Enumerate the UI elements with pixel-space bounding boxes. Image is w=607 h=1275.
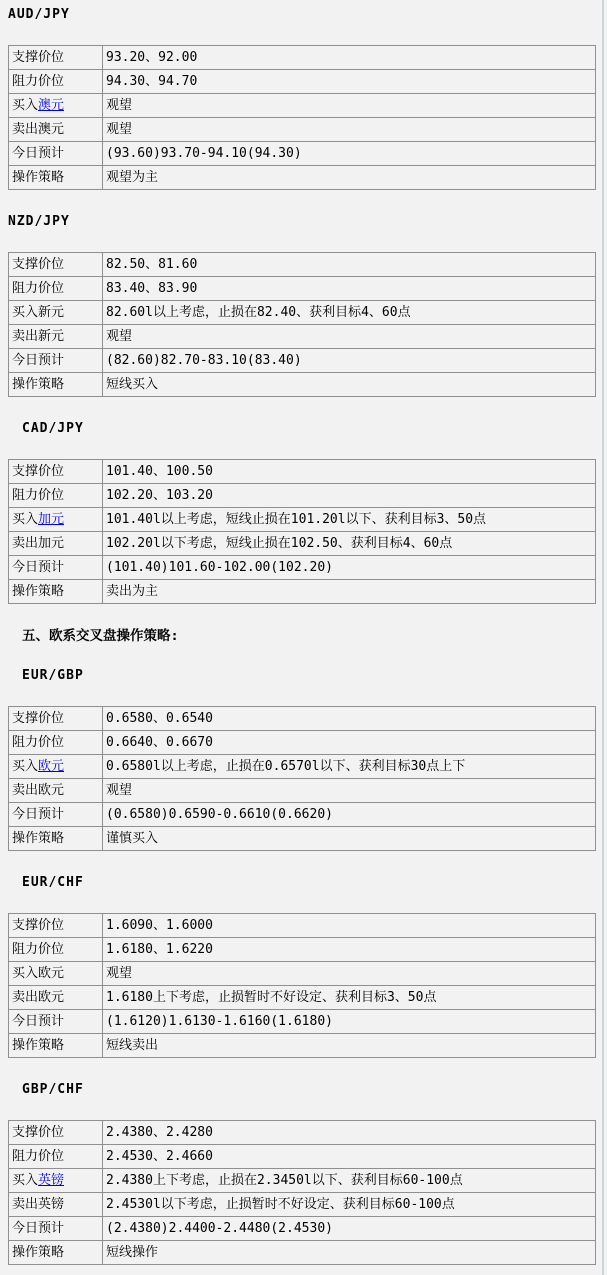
pair-heading: EUR/CHF	[8, 875, 596, 891]
table-row: 阻力价位 102.20、103.20	[9, 484, 596, 508]
row-label-text: 操作策略	[12, 1245, 64, 1260]
row-label: 卖出欧元	[9, 779, 103, 803]
row-value-text: 1.6180上下考虑，止损暂时不好设定、获利目标3、50点	[106, 990, 436, 1005]
row-label-text: 操作策略	[12, 1038, 64, 1053]
table-row: 卖出欧元 1.6180上下考虑，止损暂时不好设定、获利目标3、50点	[9, 986, 596, 1010]
row-label-text: 支撑价位	[12, 464, 64, 479]
row-label-text: 今日预计	[12, 1221, 64, 1236]
row-value: 1.6180、1.6220	[103, 938, 596, 962]
row-label-text: 买入	[12, 1173, 38, 1188]
row-value: 83.40、83.90	[103, 277, 596, 301]
row-label: 操作策略	[9, 166, 103, 190]
row-value: (93.60)93.70-94.10(94.30)	[103, 142, 596, 166]
row-value: 1.6090、1.6000	[103, 914, 596, 938]
row-value: 观望	[103, 779, 596, 803]
table-row: 操作策略 短线操作	[9, 1241, 596, 1265]
row-value: 102.20l以下考虑，短线止损在102.50、获利目标4、60点	[103, 532, 596, 556]
row-value: 2.4380上下考虑，止损在2.3450l以下、获利目标60-100点	[103, 1169, 596, 1193]
row-value-text: (93.60)93.70-94.10(94.30)	[106, 146, 302, 161]
row-label-text: 卖出欧元	[12, 990, 64, 1005]
row-value: 101.40、100.50	[103, 460, 596, 484]
row-value-text: (82.60)82.70-83.10(83.40)	[106, 353, 302, 368]
row-label-text: 操作策略	[12, 584, 64, 599]
table-row: 支撑价位 0.6580、0.6540	[9, 707, 596, 731]
row-value-text: 卖出为主	[106, 584, 158, 599]
row-label-text: 今日预计	[12, 560, 64, 575]
row-label: 买入欧元	[9, 962, 103, 986]
row-label: 买入英镑	[9, 1169, 103, 1193]
row-label-text: 支撑价位	[12, 257, 64, 272]
row-value: 观望	[103, 325, 596, 349]
strategy-table: 支撑价位 93.20、92.00 阻力价位 94.30、94.70 买入澳元 观…	[8, 45, 596, 190]
row-label: 阻力价位	[9, 484, 103, 508]
row-label-text: 买入欧元	[12, 966, 64, 981]
row-label-text: 操作策略	[12, 377, 64, 392]
row-value: (101.40)101.60-102.00(102.20)	[103, 556, 596, 580]
row-value: 短线卖出	[103, 1034, 596, 1058]
row-label: 卖出英镑	[9, 1193, 103, 1217]
table-row: 今日预计 (0.6580)0.6590-0.6610(0.6620)	[9, 803, 596, 827]
row-value: 0.6580、0.6540	[103, 707, 596, 731]
row-label-text: 阻力价位	[12, 488, 64, 503]
row-value: 观望	[103, 118, 596, 142]
table-row: 今日预计 (1.6120)1.6130-1.6160(1.6180)	[9, 1010, 596, 1034]
strategy-table: 支撑价位 101.40、100.50 阻力价位 102.20、103.20 买入…	[8, 459, 596, 604]
row-value-text: 102.20l以下考虑，短线止损在102.50、获利目标4、60点	[106, 536, 452, 551]
row-value: 观望	[103, 962, 596, 986]
row-label: 买入加元	[9, 508, 103, 532]
row-label-text: 买入	[12, 759, 38, 774]
pair-heading-text: NZD/JPY	[8, 214, 70, 229]
table-row: 买入加元 101.40l以上考虑，短线止损在101.20l以下、获利目标3、50…	[9, 508, 596, 532]
row-label: 阻力价位	[9, 731, 103, 755]
table-row: 买入欧元 观望	[9, 962, 596, 986]
row-label: 今日预计	[9, 803, 103, 827]
row-value-text: 观望	[106, 98, 132, 113]
table-row: 操作策略 短线卖出	[9, 1034, 596, 1058]
row-value-text: 2.4380上下考虑，止损在2.3450l以下、获利目标60-100点	[106, 1173, 463, 1188]
row-value-text: 1.6180、1.6220	[106, 942, 213, 957]
pair-heading-text: CAD/JPY	[22, 421, 84, 436]
page: AUD/JPY 支撑价位 93.20、92.00 阻力价位 94.30、94.7…	[0, 0, 607, 1275]
table-row: 卖出欧元 观望	[9, 779, 596, 803]
row-label-text: 阻力价位	[12, 1149, 64, 1164]
pair-heading: NZD/JPY	[8, 214, 596, 230]
row-label: 今日预计	[9, 349, 103, 373]
row-label-text: 今日预计	[12, 1014, 64, 1029]
table-row: 阻力价位 83.40、83.90	[9, 277, 596, 301]
row-value: 短线买入	[103, 373, 596, 397]
row-value-text: (1.6120)1.6130-1.6160(1.6180)	[106, 1014, 333, 1029]
row-label: 卖出欧元	[9, 986, 103, 1010]
row-label: 操作策略	[9, 1034, 103, 1058]
table-row: 支撑价位 101.40、100.50	[9, 460, 596, 484]
table-row: 买入英镑 2.4380上下考虑，止损在2.3450l以下、获利目标60-100点	[9, 1169, 596, 1193]
row-value: 观望为主	[103, 166, 596, 190]
strategy-table: 支撑价位 82.50、81.60 阻力价位 83.40、83.90 买入新元 8…	[8, 252, 596, 397]
row-label-text: 阻力价位	[12, 735, 64, 750]
table-row: 今日预计 (82.60)82.70-83.10(83.40)	[9, 349, 596, 373]
row-label: 支撑价位	[9, 707, 103, 731]
row-label: 操作策略	[9, 373, 103, 397]
table-row: 操作策略 短线买入	[9, 373, 596, 397]
pair-heading-text: GBP/CHF	[22, 1082, 84, 1097]
row-label: 买入欧元	[9, 755, 103, 779]
row-label-text: 今日预计	[12, 146, 64, 161]
row-value-text: (2.4380)2.4400-2.4480(2.4530)	[106, 1221, 333, 1236]
row-value-text: (101.40)101.60-102.00(102.20)	[106, 560, 333, 575]
row-value-text: 83.40、83.90	[106, 281, 197, 296]
row-value: 1.6180上下考虑，止损暂时不好设定、获利目标3、50点	[103, 986, 596, 1010]
row-value-text: 短线卖出	[106, 1038, 158, 1053]
table-row: 今日预计 (101.40)101.60-102.00(102.20)	[9, 556, 596, 580]
row-value: 102.20、103.20	[103, 484, 596, 508]
row-value: 2.4380、2.4280	[103, 1121, 596, 1145]
row-value-text: 0.6580l以上考虑，止损在0.6570l以下、获利目标30点上下	[106, 759, 465, 774]
row-value-text: 谨慎买入	[106, 831, 158, 846]
row-label-text: 操作策略	[12, 831, 64, 846]
row-value: 卖出为主	[103, 580, 596, 604]
row-value-text: 短线买入	[106, 377, 158, 392]
row-value-text: 82.60l以上考虑，止损在82.40、获利目标4、60点	[106, 305, 411, 320]
row-label: 卖出加元	[9, 532, 103, 556]
row-value-text: 0.6580、0.6540	[106, 711, 213, 726]
row-value-text: 82.50、81.60	[106, 257, 197, 272]
row-value-text: 观望	[106, 966, 132, 981]
table-row: 买入欧元 0.6580l以上考虑，止损在0.6570l以下、获利目标30点上下	[9, 755, 596, 779]
row-label-text: 今日预计	[12, 353, 64, 368]
row-label-text: 支撑价位	[12, 50, 64, 65]
table-row: 买入新元 82.60l以上考虑，止损在82.40、获利目标4、60点	[9, 301, 596, 325]
row-value: 93.20、92.00	[103, 46, 596, 70]
row-label: 今日预计	[9, 1010, 103, 1034]
currency-link[interactable]: 英镑	[38, 1173, 64, 1188]
page-right-edge-line	[602, 0, 604, 1275]
pair-heading: GBP/CHF	[8, 1082, 596, 1098]
table-row: 阻力价位 94.30、94.70	[9, 70, 596, 94]
row-value: 0.6580l以上考虑，止损在0.6570l以下、获利目标30点上下	[103, 755, 596, 779]
row-label: 阻力价位	[9, 1145, 103, 1169]
row-value: (1.6120)1.6130-1.6160(1.6180)	[103, 1010, 596, 1034]
row-label: 支撑价位	[9, 46, 103, 70]
row-label: 支撑价位	[9, 253, 103, 277]
table-row: 买入澳元 观望	[9, 94, 596, 118]
row-value: (2.4380)2.4400-2.4480(2.4530)	[103, 1217, 596, 1241]
row-label: 今日预计	[9, 1217, 103, 1241]
row-value: 0.6640、0.6670	[103, 731, 596, 755]
row-value: 2.4530、2.4660	[103, 1145, 596, 1169]
row-label-text: 卖出欧元	[12, 783, 64, 798]
row-value: 谨慎买入	[103, 827, 596, 851]
row-value-text: 观望	[106, 783, 132, 798]
row-label-text: 支撑价位	[12, 918, 64, 933]
strategy-table: 支撑价位 1.6090、1.6000 阻力价位 1.6180、1.6220 买入…	[8, 913, 596, 1058]
row-value-text: 观望	[106, 122, 132, 137]
row-value-text: 短线操作	[106, 1245, 158, 1260]
strategy-table: 支撑价位 2.4380、2.4280 阻力价位 2.4530、2.4660 买入…	[8, 1120, 596, 1265]
row-label-text: 卖出加元	[12, 536, 64, 551]
table-row: 支撑价位 82.50、81.60	[9, 253, 596, 277]
row-label: 阻力价位	[9, 277, 103, 301]
pair-heading-text: EUR/GBP	[22, 668, 84, 683]
row-value: 短线操作	[103, 1241, 596, 1265]
table-row: 今日预计 (93.60)93.70-94.10(94.30)	[9, 142, 596, 166]
currency-link[interactable]: 加元	[38, 512, 64, 527]
row-value-text: 2.4530、2.4660	[106, 1149, 213, 1164]
row-value: (82.60)82.70-83.10(83.40)	[103, 349, 596, 373]
row-label-text: 支撑价位	[12, 711, 64, 726]
pair-heading: CAD/JPY	[8, 421, 596, 437]
row-label-text: 卖出新元	[12, 329, 64, 344]
row-label-text: 买入	[12, 98, 38, 113]
table-row: 卖出英镑 2.4530l以下考虑，止损暂时不好设定、获利目标60-100点	[9, 1193, 596, 1217]
row-label: 操作策略	[9, 1241, 103, 1265]
row-label-text: 今日预计	[12, 807, 64, 822]
table-row: 操作策略 卖出为主	[9, 580, 596, 604]
table-row: 支撑价位 93.20、92.00	[9, 46, 596, 70]
row-value-text: 93.20、92.00	[106, 50, 197, 65]
row-label: 阻力价位	[9, 938, 103, 962]
row-label-text: 卖出澳元	[12, 122, 64, 137]
row-value: 82.60l以上考虑，止损在82.40、获利目标4、60点	[103, 301, 596, 325]
table-row: 卖出澳元 观望	[9, 118, 596, 142]
row-value-text: 102.20、103.20	[106, 488, 213, 503]
row-value-text: 101.40l以上考虑，短线止损在101.20l以下、获利目标3、50点	[106, 512, 486, 527]
row-label: 操作策略	[9, 580, 103, 604]
row-value-text: 2.4530l以下考虑，止损暂时不好设定、获利目标60-100点	[106, 1197, 455, 1212]
row-label: 支撑价位	[9, 914, 103, 938]
row-value-text: 101.40、100.50	[106, 464, 213, 479]
row-value: 101.40l以上考虑，短线止损在101.20l以下、获利目标3、50点	[103, 508, 596, 532]
pair-heading-text: EUR/CHF	[22, 875, 84, 890]
table-row: 卖出新元 观望	[9, 325, 596, 349]
row-label: 买入澳元	[9, 94, 103, 118]
row-label-text: 卖出英镑	[12, 1197, 64, 1212]
row-label-text: 阻力价位	[12, 942, 64, 957]
row-value: 94.30、94.70	[103, 70, 596, 94]
pair-heading: AUD/JPY	[8, 7, 596, 23]
row-value-text: 观望	[106, 329, 132, 344]
row-label: 今日预计	[9, 142, 103, 166]
pair-heading-text: AUD/JPY	[8, 7, 70, 22]
row-label-text: 买入	[12, 512, 38, 527]
strategy-table: 支撑价位 0.6580、0.6540 阻力价位 0.6640、0.6670 买入…	[8, 706, 596, 851]
row-label: 支撑价位	[9, 1121, 103, 1145]
table-row: 卖出加元 102.20l以下考虑，短线止损在102.50、获利目标4、60点	[9, 532, 596, 556]
pair-heading: EUR/GBP	[8, 668, 596, 684]
sections-container: AUD/JPY 支撑价位 93.20、92.00 阻力价位 94.30、94.7…	[8, 7, 596, 1265]
row-label: 买入新元	[9, 301, 103, 325]
table-row: 支撑价位 1.6090、1.6000	[9, 914, 596, 938]
row-value-text: 94.30、94.70	[106, 74, 197, 89]
row-value: 2.4530l以下考虑，止损暂时不好设定、获利目标60-100点	[103, 1193, 596, 1217]
row-label: 操作策略	[9, 827, 103, 851]
row-value-text: 2.4380、2.4280	[106, 1125, 213, 1140]
row-label: 卖出澳元	[9, 118, 103, 142]
row-label-text: 操作策略	[12, 170, 64, 185]
currency-link[interactable]: 澳元	[38, 98, 64, 113]
table-row: 阻力价位 2.4530、2.4660	[9, 1145, 596, 1169]
row-label-text: 阻力价位	[12, 281, 64, 296]
row-value-text: (0.6580)0.6590-0.6610(0.6620)	[106, 807, 333, 822]
currency-link[interactable]: 欧元	[38, 759, 64, 774]
row-value: 观望	[103, 94, 596, 118]
row-label-text: 阻力价位	[12, 74, 64, 89]
row-label: 阻力价位	[9, 70, 103, 94]
table-row: 阻力价位 1.6180、1.6220	[9, 938, 596, 962]
row-label-text: 支撑价位	[12, 1125, 64, 1140]
row-value-text: 0.6640、0.6670	[106, 735, 213, 750]
row-value: 82.50、81.60	[103, 253, 596, 277]
table-row: 今日预计 (2.4380)2.4400-2.4480(2.4530)	[9, 1217, 596, 1241]
row-label: 支撑价位	[9, 460, 103, 484]
section-heading: 五、欧系交叉盘操作策略:	[8, 628, 596, 644]
table-row: 阻力价位 0.6640、0.6670	[9, 731, 596, 755]
row-value-text: 观望为主	[106, 170, 158, 185]
row-label-text: 买入新元	[12, 305, 64, 320]
row-label: 今日预计	[9, 556, 103, 580]
row-label: 卖出新元	[9, 325, 103, 349]
table-row: 操作策略 谨慎买入	[9, 827, 596, 851]
table-row: 操作策略 观望为主	[9, 166, 596, 190]
table-row: 支撑价位 2.4380、2.4280	[9, 1121, 596, 1145]
row-value: (0.6580)0.6590-0.6610(0.6620)	[103, 803, 596, 827]
row-value-text: 1.6090、1.6000	[106, 918, 213, 933]
